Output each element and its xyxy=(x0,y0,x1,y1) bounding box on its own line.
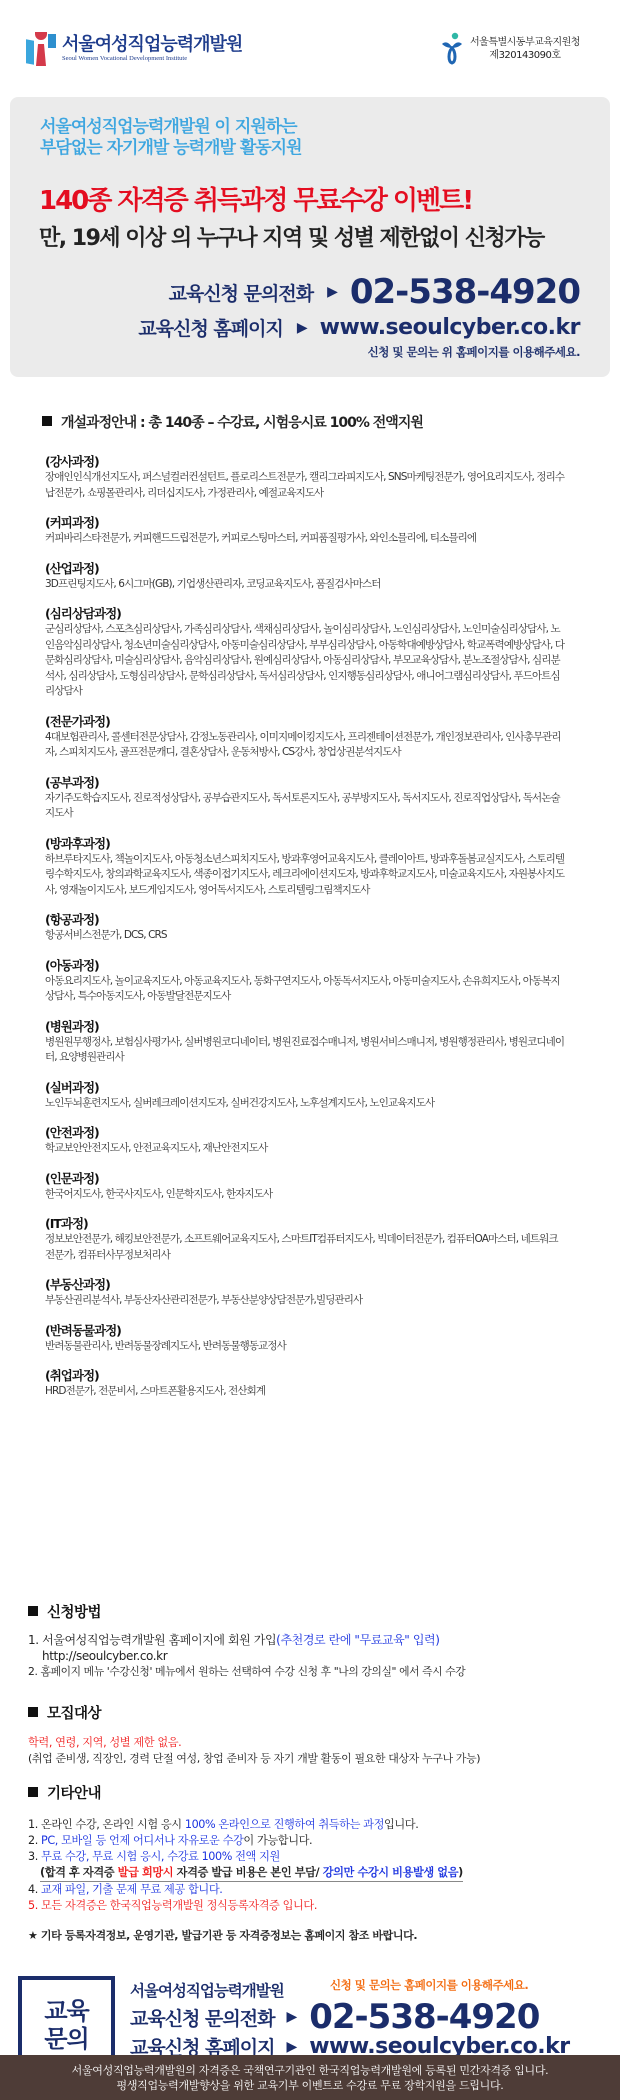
footer-phone-link[interactable]: 02-538-4920 xyxy=(309,1997,539,2037)
etc-item-2: 2. PC, 모바일 등 언제 어디서나 자유로운 수강이 가능합니다. xyxy=(28,1833,608,1849)
course-category: (방과후과정)하브루타지도사, 책놀이지도사, 아동청소년스피치지도사, 방과후… xyxy=(45,836,605,899)
etc-section: 기타안내 1. 온라인 수강, 온라인 시험 응시 100% 온라인으로 진행하… xyxy=(28,1782,608,1944)
registration-badge: 서울특별시동부교육지원청 제320143090호 xyxy=(440,32,580,66)
apply-heading: 신청방법 xyxy=(28,1601,608,1622)
target-section: 모집대상 학력, 연령, 지역, 성별 제한 없음. (취업 준비생, 직장인,… xyxy=(28,1702,608,1767)
etc-star-note: ★ 기타 등록자격정보, 운영기관, 발급기관 등 자격증정보는 홈페이지 참조… xyxy=(28,1928,608,1944)
disclaimer-line-1: 서울여성직업능력개발원의 자격증은 국책연구기관인 한국직업능력개발원에 등록된… xyxy=(72,2063,549,2078)
apply-step-2: 2. 홈페이지 메뉴 '수강신청' 메뉴에서 원하는 선택하여 수강 신청 후 … xyxy=(28,1664,608,1680)
footer-note: 신청 및 문의는 홈페이지를 이용해주세요. xyxy=(330,1977,528,1993)
banner-note: 신청 및 문의는 위 홈페이지를 이용해주세요. xyxy=(368,344,580,360)
banner-eligibility: 만, 19세 이상 의 누구나 지역 및 성별 제한없이 신청가능 xyxy=(39,221,544,252)
course-category: (안전과정)학교보안안전지도사, 안전교육지도사, 재난안전지도사 xyxy=(45,1125,605,1157)
square-bullet-icon xyxy=(28,1707,38,1717)
arrow-right-icon: ▶ xyxy=(327,284,338,300)
org-name-ko: 서울여성직업능력개발원 xyxy=(62,35,242,55)
arrow-right-icon: ▶ xyxy=(286,2039,297,2055)
footer-phone-row: 교육신청 문의전화 ▶ 02-538-4920 xyxy=(130,1997,539,2037)
square-bullet-icon xyxy=(28,1606,38,1616)
course-category: (IT과정)정보보안전문가, 해킹보안전문가, 소프트웨어교육지도사, 스마트I… xyxy=(45,1216,605,1263)
course-category: (강사과정)장애인인식개선지도사, 퍼스널컬러컨설턴트, 플로리스트전문가, 캘… xyxy=(45,454,605,501)
course-category: (심리상담과정)군심리상담사, 스포츠심리상담사, 가족심리상담사, 색채심리상… xyxy=(45,606,605,700)
target-detail: (취업 준비생, 직장인, 경력 단절 여성, 창업 준비자 등 자기 개발 활… xyxy=(28,1751,608,1767)
square-bullet-icon xyxy=(42,416,52,426)
arrow-right-icon: ▶ xyxy=(286,2009,297,2025)
banner-homepage-row: 교육신청 홈페이지 ▶ www.seoulcyber.co.kr xyxy=(138,314,580,341)
apply-section: 신청방법 1. 서울여성직업능력개발원 홈페이지에 회원 가입(추천경로 란에 … xyxy=(28,1601,608,1680)
etc-item-5: 5. 모든 자격증은 한국직업능력개발원 정식등록자격증 입니다. xyxy=(28,1898,608,1914)
arrow-right-icon: ▶ xyxy=(297,320,308,336)
banner-phone-row: 교육신청 문의전화 ▶ 02-538-4920 xyxy=(169,272,580,312)
course-category: (항공과정)항공서비스전문가, DCS, CRS xyxy=(45,912,605,944)
etc-item-3: 3. 무료 수강, 무료 시험 응시, 수강료 100% 전액 지원 xyxy=(28,1849,608,1865)
course-category: (커피과정)커피바리스타전문가, 커피핸드드립전문가, 커피로스팅마스터, 커피… xyxy=(45,515,605,547)
disclaimer-bar: 서울여성직업능력개발원의 자격증은 국책연구기관인 한국직업능력개발원에 등록된… xyxy=(0,2055,620,2100)
org-logo-icon xyxy=(26,32,56,66)
homepage-label: 교육신청 홈페이지 xyxy=(138,314,282,341)
event-banner: 서울여성직업능력개발원 이 지원하는 부담없는 자기개발 능력개발 활동지원 1… xyxy=(10,97,610,377)
seoul-education-office-icon xyxy=(440,32,464,66)
course-category: (산업과정)3D프린팅지도사, 6시그마(GB), 기업생산관리자, 코딩교육지… xyxy=(45,561,605,593)
org-name-en: Seoul Women Vocational Development Insti… xyxy=(62,55,242,63)
course-category: (공부과정)자기주도학습지도사, 진로적성상담사, 공부습관지도사, 독서토론지… xyxy=(45,775,605,822)
square-bullet-icon xyxy=(28,1787,38,1797)
banner-subtitle: 서울여성직업능력개발원 이 지원하는 부담없는 자기개발 능력개발 활동지원 xyxy=(40,117,302,159)
course-category: (반려동물과정)반려동물관리사, 반려동물장례지도사, 반려동물행동교정사 xyxy=(45,1323,605,1355)
etc-item-4: 4. 교재 파일, 기출 문제 무료 제공 합니다. xyxy=(28,1882,608,1898)
phone-link[interactable]: 02-538-4920 xyxy=(350,272,580,312)
etc-item-3-note: (합격 후 자격증 발급 희망시 자격증 발급 비용은 본인 부담/ 강의만 수… xyxy=(28,1865,608,1882)
course-category: (부동산과정)부동산권리분석사, 부동산자산관리전문가, 부동산분양상담전문가,… xyxy=(45,1277,605,1309)
disclaimer-line-2: 평생직업능력개발향상을 위한 교육기부 이벤트로 수강료 무료 장학지원을 드립… xyxy=(117,2078,504,2093)
etc-item-1: 1. 온라인 수강, 온라인 시험 응시 100% 온라인으로 진행하여 취득하… xyxy=(28,1817,608,1833)
registration-office: 서울특별시동부교육지원청 xyxy=(470,36,580,49)
course-category: (병원과정)병원원무행정사, 보험심사평가사, 실버병원코디네이터, 병원진료접… xyxy=(45,1019,605,1066)
registration-number: 제320143090호 xyxy=(470,49,580,62)
course-category: (인문과정)한국어지도사, 한국사지도사, 인문학지도사, 한자지도사 xyxy=(45,1171,605,1203)
apply-step-1: 1. 서울여성직업능력개발원 홈페이지에 회원 가입(추천경로 란에 "무료교육… xyxy=(28,1632,608,1648)
course-list-heading: 개설과정안내 : 총 140종 – 수강료, 시험응시료 100% 전액지원 xyxy=(42,412,605,432)
target-highlight: 학력, 연령, 지역, 성별 제한 없음. xyxy=(28,1735,608,1751)
course-category: (전문가과정)4대보험관리사, 콜센터전문상담사, 감정노동관리사, 이미지메이… xyxy=(45,714,605,761)
course-category: (아동과정)아동요리지도사, 놀이교육지도사, 아동교육지도사, 동화구연지도사… xyxy=(45,958,605,1005)
phone-label: 교육신청 문의전화 xyxy=(169,279,313,306)
course-category: (취업과정)HRD전문가, 전문비서, 스마트폰활용지도사, 전산회계 xyxy=(45,1368,605,1400)
page-header: 서울여성직업능력개발원 Seoul Women Vocational Devel… xyxy=(0,0,620,100)
banner-title: 140종 자격증 취득과정 무료수강 이벤트! xyxy=(39,180,472,217)
etc-heading: 기타안내 xyxy=(28,1782,608,1803)
course-list: 개설과정안내 : 총 140종 – 수강료, 시험응시료 100% 전액지원 (… xyxy=(45,412,605,1414)
apply-url[interactable]: http://seoulcyber.co.kr xyxy=(28,1648,608,1664)
target-heading: 모집대상 xyxy=(28,1702,608,1723)
homepage-link[interactable]: www.seoulcyber.co.kr xyxy=(320,315,580,340)
course-category: (실버과정)노인두뇌훈련지도사, 실버레크레이션지도자, 실버건강지도사, 노후… xyxy=(45,1080,605,1112)
org-logo[interactable]: 서울여성직업능력개발원 Seoul Women Vocational Devel… xyxy=(26,32,242,66)
